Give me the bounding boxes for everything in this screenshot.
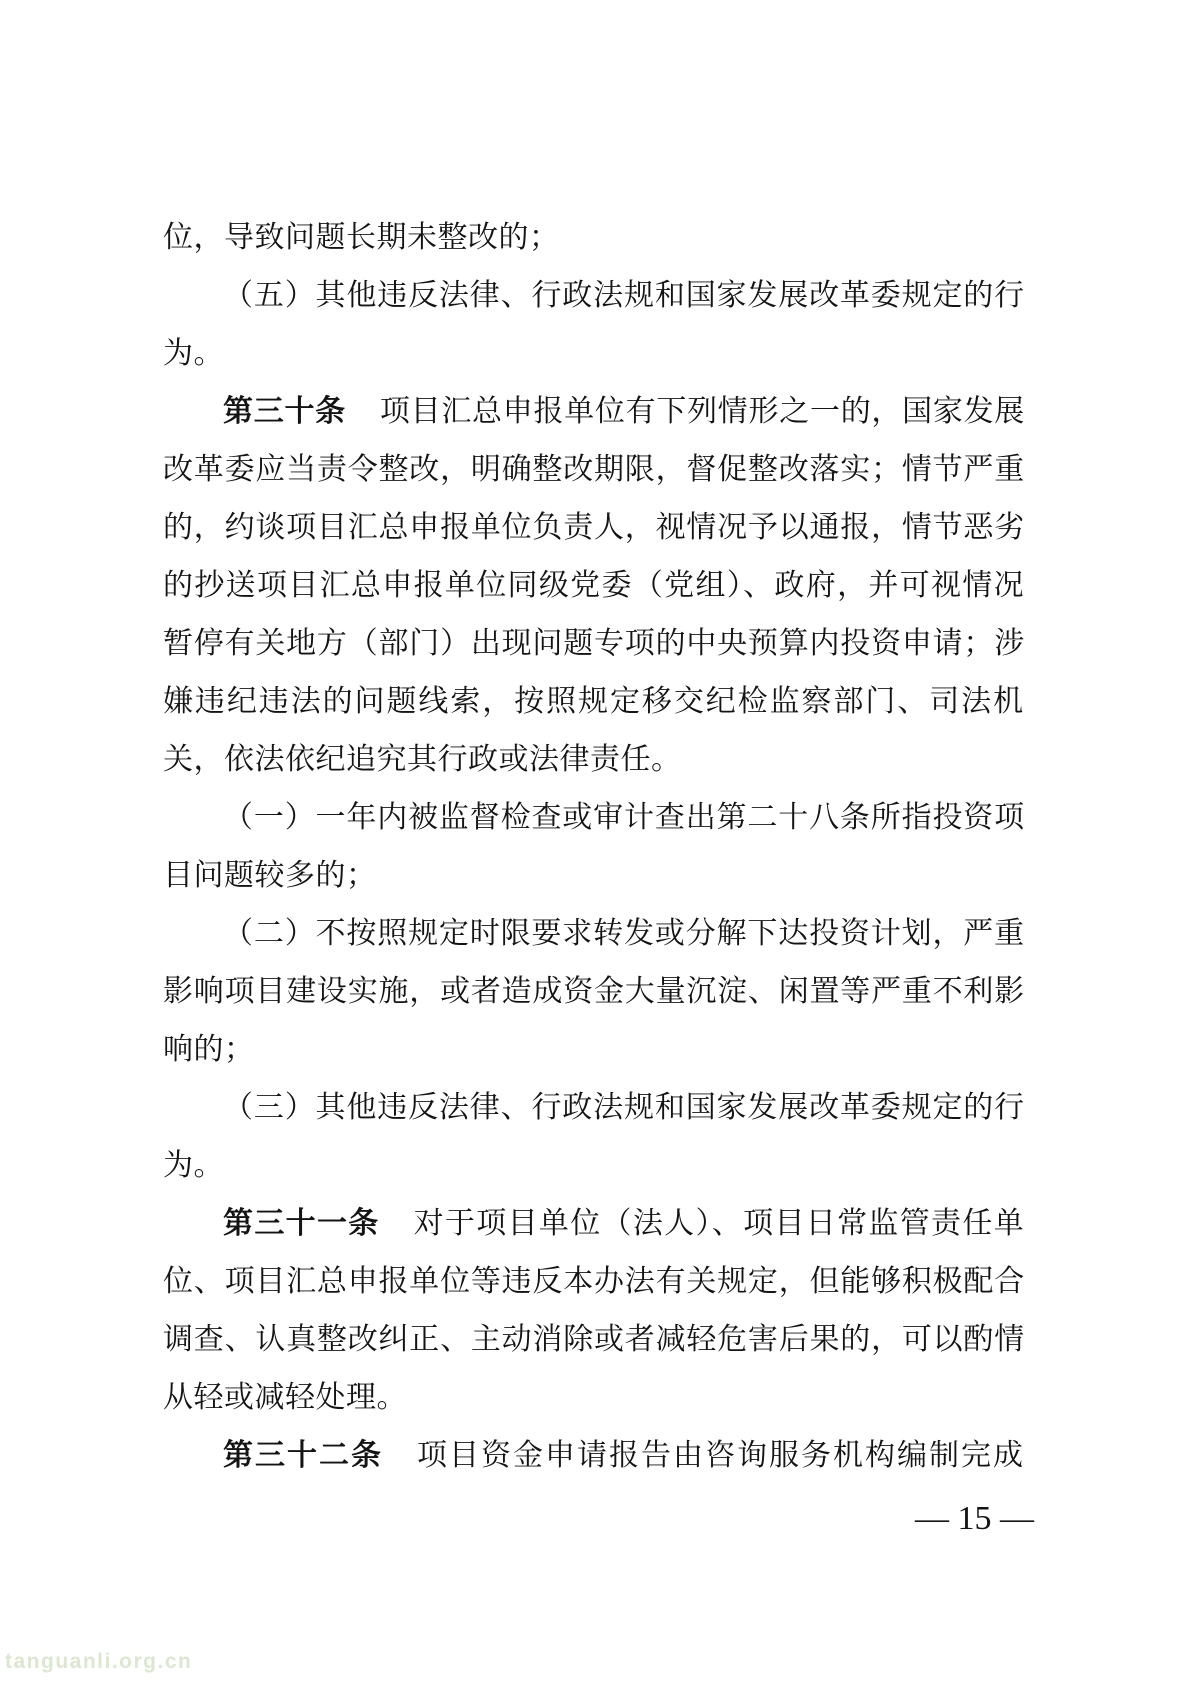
text-line: 从轻或减轻处理。 [163,1369,1025,1427]
text-run: （三）其他违反法律、行政法规和国家发展改革委规定的行 [223,1091,1025,1124]
text-line: 的，约谈项目汇总申报单位负责人，视情况予以通报，情节恶劣 [163,499,1025,557]
article-heading: 第三十条 [223,395,346,428]
text-run: 调查、认真整改纠正、主动消除或者减轻危害后果的，可以酌情 [163,1323,1025,1356]
text-line: 暂停有关地方（部门）出现问题专项的中央预算内投资申请；涉 [163,615,1025,673]
text-line-content: （三）其他违反法律、行政法规和国家发展改革委规定的行 [223,1091,1025,1124]
text-line: 第三十条项目汇总申报单位有下列情形之一的，国家发展 [163,383,1025,441]
text-line-content: 目问题较多的； [163,859,377,892]
text-run: 目问题较多的； [163,859,377,892]
text-line: 为。 [163,325,1025,383]
text-line: 的抄送项目汇总申报单位同级党委（党组）、政府，并可视情况 [163,557,1025,615]
text-line: （二）不按照规定时限要求转发或分解下达投资计划，严重 [163,905,1025,963]
text-line-content: 的抄送项目汇总申报单位同级党委（党组）、政府，并可视情况 [163,569,1025,602]
text-run: 项目资金申请报告由咨询服务机构编制完成 [417,1439,1025,1472]
text-run: 的，约谈项目汇总申报单位负责人，视情况予以通报，情节恶劣 [163,511,1025,544]
text-line: 改革委应当责令整改，明确整改期限，督促整改落实；情节严重 [163,441,1025,499]
text-line: 为。 [163,1137,1025,1195]
document-page: 位，导致问题长期未整改的；（五）其他违反法律、行政法规和国家发展改革委规定的行为… [0,0,1190,1683]
text-run: （五）其他违反法律、行政法规和国家发展改革委规定的行 [223,279,1025,312]
text-run: 改革委应当责令整改，明确整改期限，督促整改落实；情节严重 [163,453,1025,486]
text-line-content: （二）不按照规定时限要求转发或分解下达投资计划，严重 [223,917,1025,950]
text-line-content: 第三十条项目汇总申报单位有下列情形之一的，国家发展 [223,395,1025,428]
text-line: 影响项目建设实施，或者造成资金大量沉淀、闲置等严重不利影 [163,963,1025,1021]
text-line-content: 调查、认真整改纠正、主动消除或者减轻危害后果的，可以酌情 [163,1323,1025,1356]
text-line-content: 嫌违纪违法的问题线索，按照规定移交纪检监察部门、司法机 [163,685,1025,718]
text-run: 影响项目建设实施，或者造成资金大量沉淀、闲置等严重不利影 [163,975,1025,1008]
text-line-content: 从轻或减轻处理。 [163,1381,407,1414]
text-line: （一）一年内被监督检查或审计查出第二十八条所指投资项 [163,789,1025,847]
text-run: 嫌违纪违法的问题线索，按照规定移交纪检监察部门、司法机 [163,685,1025,718]
text-line: 位、项目汇总申报单位等违反本办法有关规定，但能够积极配合 [163,1253,1025,1311]
text-line-content: 响的； [163,1033,255,1066]
text-line: 第三十二条项目资金申请报告由咨询服务机构编制完成 [163,1427,1025,1485]
text-run: （一）一年内被监督检查或审计查出第二十八条所指投资项 [223,801,1025,834]
text-run: 的抄送项目汇总申报单位同级党委（党组）、政府，并可视情况 [163,569,1025,602]
text-line-content: 第三十一条对于项目单位（法人）、项目日常监管责任单 [223,1207,1025,1240]
text-run: 暂停有关地方（部门）出现问题专项的中央预算内投资申请；涉 [163,627,1025,660]
text-line-content: 改革委应当责令整改，明确整改期限，督促整改落实；情节严重 [163,453,1025,486]
text-run: （二）不按照规定时限要求转发或分解下达投资计划，严重 [223,917,1025,950]
text-line-content: （一）一年内被监督检查或审计查出第二十八条所指投资项 [223,801,1025,834]
watermark-text: tanguanli.org.cn [5,1650,192,1674]
text-line: （五）其他违反法律、行政法规和国家发展改革委规定的行 [163,267,1025,325]
text-run: 对于项目单位（法人）、项目日常监管责任单 [414,1207,1025,1240]
article-heading: 第三十二条 [223,1439,383,1472]
text-line-content: 位，导致问题长期未整改的； [163,221,560,254]
text-run: 位、项目汇总申报单位等违反本办法有关规定，但能够积极配合 [163,1265,1025,1298]
text-line: 位，导致问题长期未整改的； [163,209,1025,267]
text-line-content: 暂停有关地方（部门）出现问题专项的中央预算内投资申请；涉 [163,627,1025,660]
text-run: 关，依法依纪追究其行政或法律责任。 [163,743,682,776]
text-line: 第三十一条对于项目单位（法人）、项目日常监管责任单 [163,1195,1025,1253]
text-run: 从轻或减轻处理。 [163,1381,407,1414]
text-line: 关，依法依纪追究其行政或法律责任。 [163,731,1025,789]
page-number: — 15 — [915,1496,1034,1542]
text-line: （三）其他违反法律、行政法规和国家发展改革委规定的行 [163,1079,1025,1137]
text-line: 响的； [163,1021,1025,1079]
text-line: 目问题较多的； [163,847,1025,905]
text-run: 位，导致问题长期未整改的； [163,221,560,254]
text-line-content: 影响项目建设实施，或者造成资金大量沉淀、闲置等严重不利影 [163,975,1025,1008]
text-run: 为。 [163,337,224,370]
text-line-content: 第三十二条项目资金申请报告由咨询服务机构编制完成 [223,1439,1025,1472]
text-line-content: 为。 [163,337,224,370]
text-line: 调查、认真整改纠正、主动消除或者减轻危害后果的，可以酌情 [163,1311,1025,1369]
text-run: 响的； [163,1033,255,1066]
text-run: 为。 [163,1149,224,1182]
text-line: 嫌违纪违法的问题线索，按照规定移交纪检监察部门、司法机 [163,673,1025,731]
text-line-content: 为。 [163,1149,224,1182]
text-line-content: 关，依法依纪追究其行政或法律责任。 [163,743,682,776]
text-line-content: 的，约谈项目汇总申报单位负责人，视情况予以通报，情节恶劣 [163,511,1025,544]
text-line-content: 位、项目汇总申报单位等违反本办法有关规定，但能够积极配合 [163,1265,1025,1298]
document-body: 位，导致问题长期未整改的；（五）其他违反法律、行政法规和国家发展改革委规定的行为… [163,209,1025,1485]
text-run: 项目汇总申报单位有下列情形之一的，国家发展 [380,395,1025,428]
text-line-content: （五）其他违反法律、行政法规和国家发展改革委规定的行 [223,279,1025,312]
article-heading: 第三十一条 [223,1207,380,1240]
